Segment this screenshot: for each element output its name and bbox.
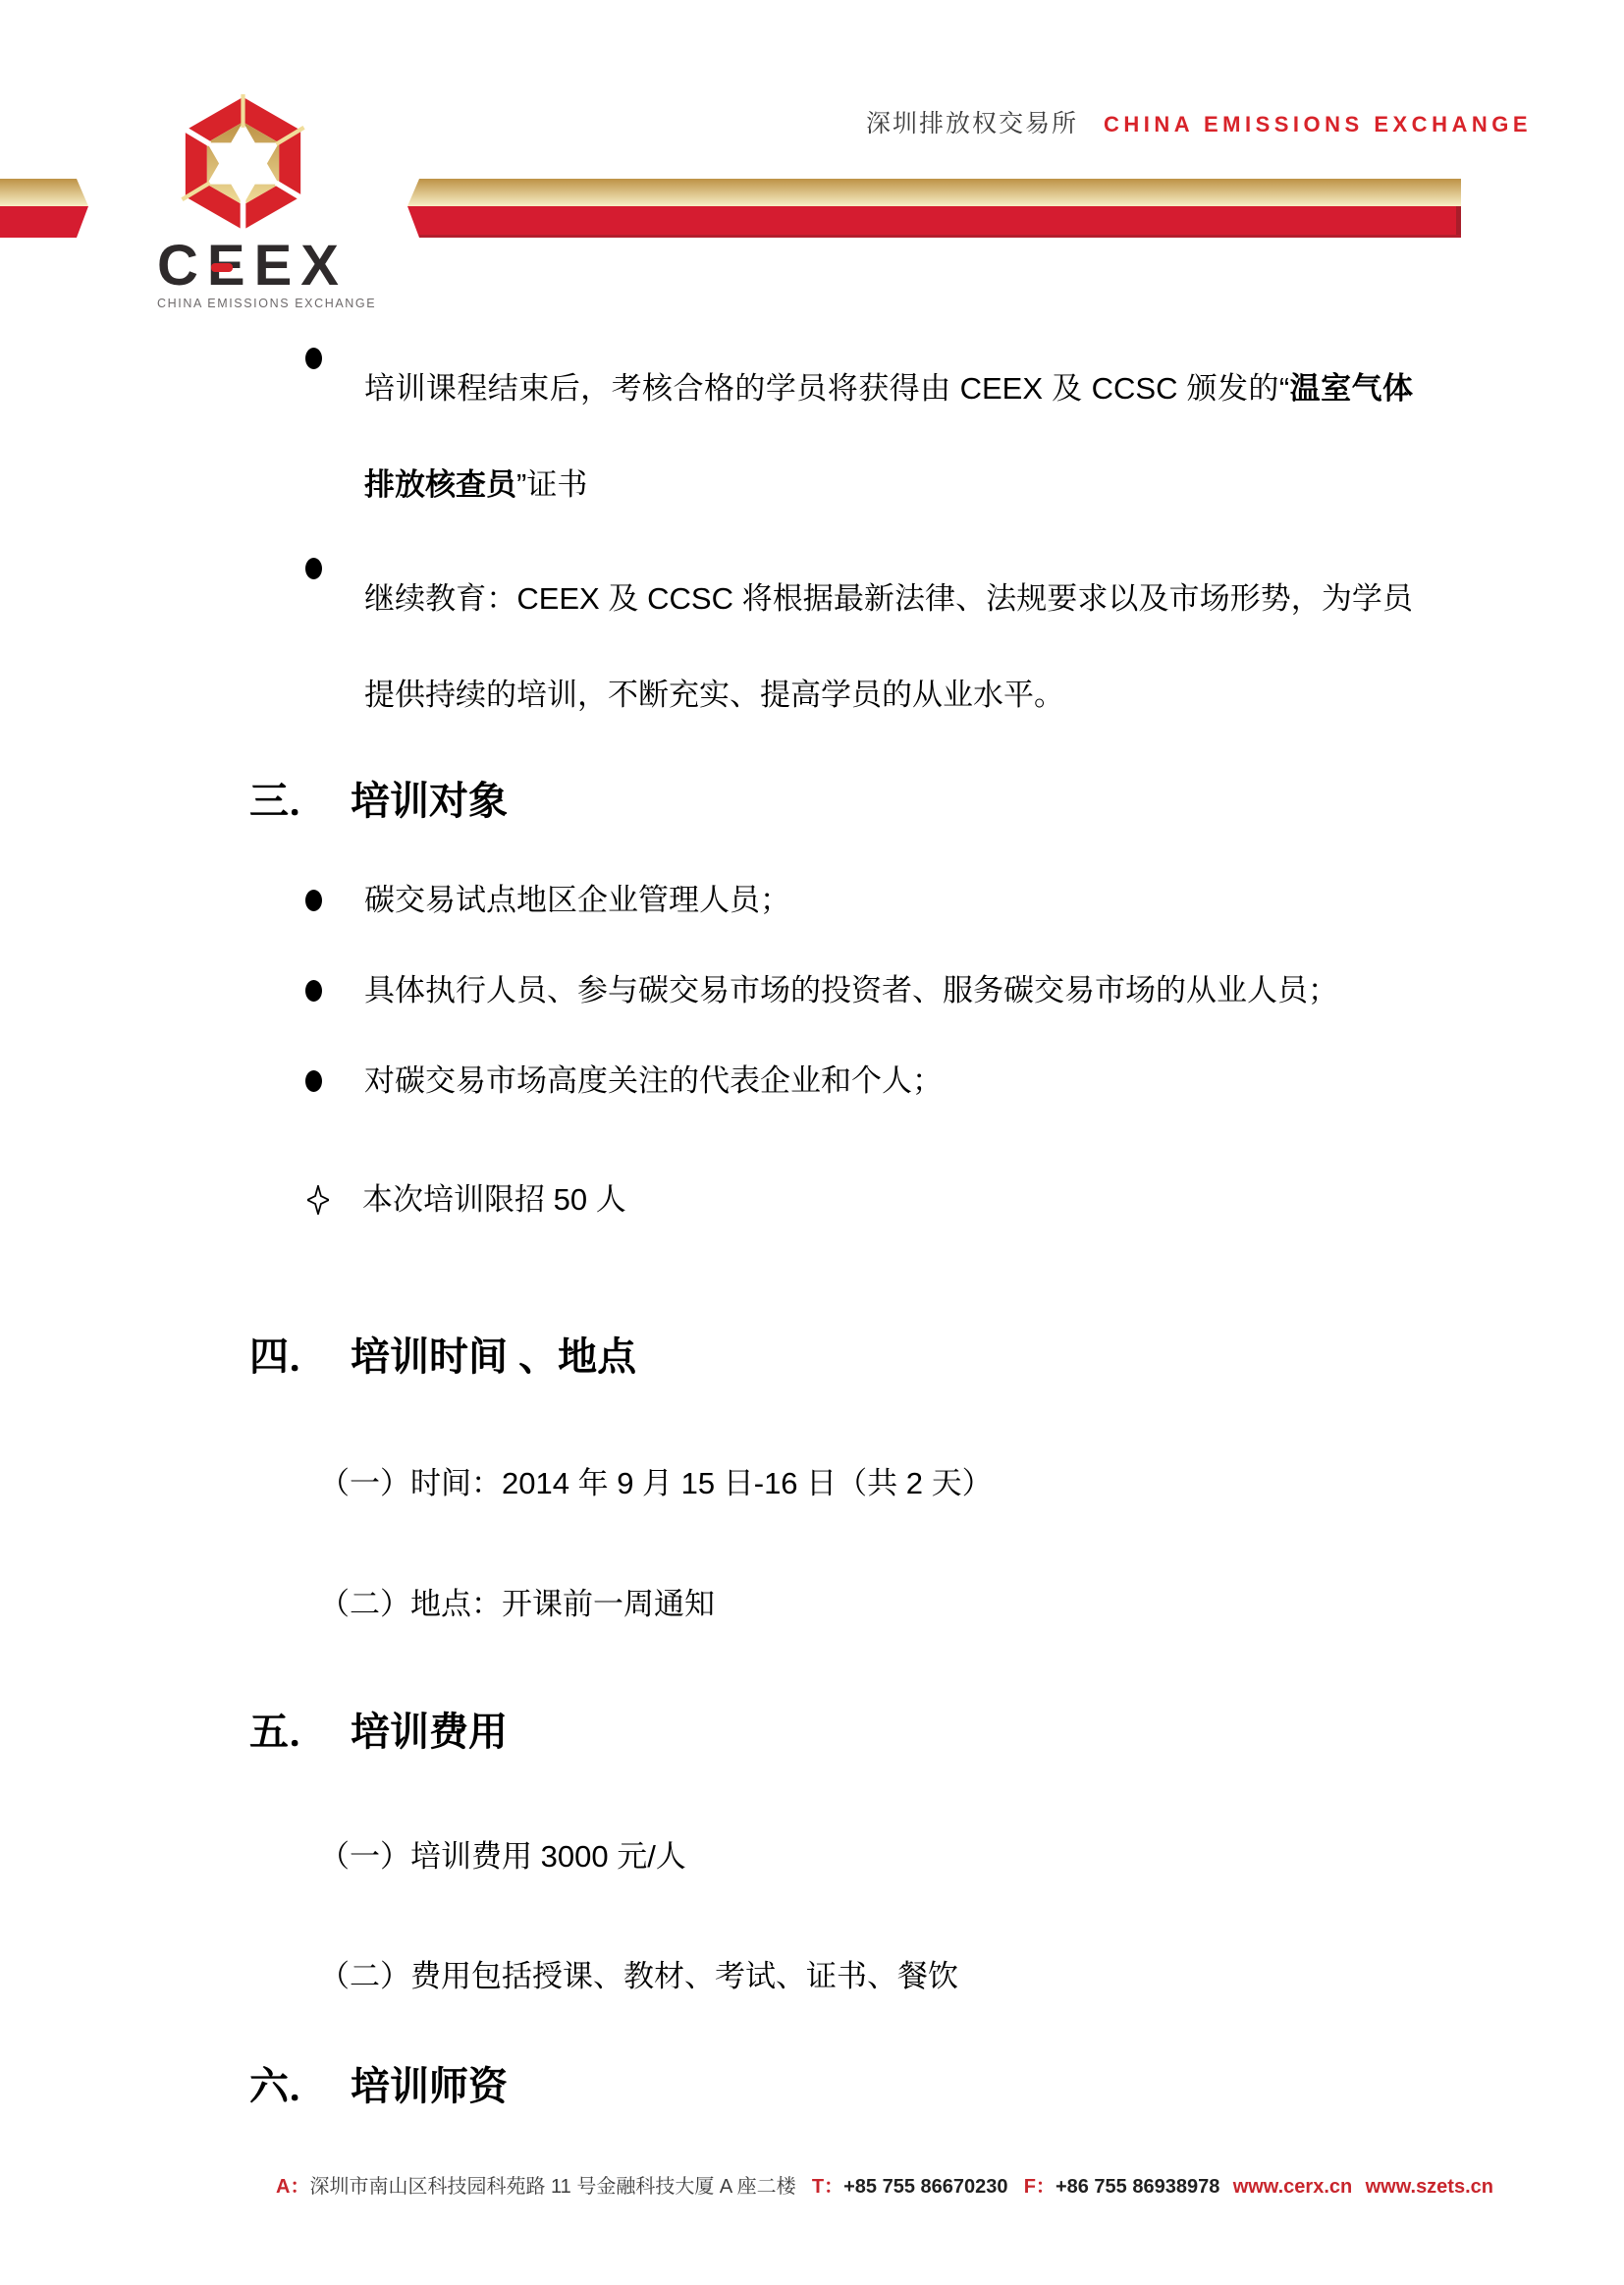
page-footer: A：深圳市南山区科技园科苑路 11 号金融科技大厦 A 座二楼 T：+85 75… — [276, 2172, 1493, 2202]
section-number: 四． — [249, 1330, 351, 1385]
intro-bullet-text: 培训课程结束后，考核合格的学员将获得由 CEEX 及 CCSC 颁发的“ — [364, 371, 1289, 406]
fax-number: +86 755 86938978 — [1056, 2172, 1219, 2202]
section-title: 培训对象 — [351, 774, 508, 829]
bullet-icon — [305, 980, 322, 1002]
website-link-cerx[interactable]: www.cerx.cn — [1233, 2172, 1353, 2202]
logo-tagline: CHINA EMISSIONS EXCHANGE — [157, 297, 344, 310]
list-item-text: 具体执行人员、参与碳交易市场的投资者、服务碳交易市场的从业人员； — [364, 946, 1338, 1036]
bullet-icon — [305, 558, 322, 579]
section-title: 培训费用 — [351, 1705, 508, 1760]
address-label: A： — [276, 2172, 309, 2202]
list-item: 碳交易试点地区企业管理人员； — [305, 855, 1338, 946]
website-link-szets[interactable]: www.szets.cn — [1366, 2172, 1493, 2202]
note-text: 本次培训限招 50 人 — [362, 1178, 626, 1222]
section-title: 培训师资 — [351, 2059, 508, 2114]
section-title: 培训时间 、地点 — [351, 1330, 636, 1385]
section-number: 六． — [249, 2059, 351, 2114]
enrollment-limit-note: 本次培训限招 50 人 — [307, 1178, 626, 1222]
section-number: 三． — [249, 774, 351, 829]
logo-wordmark: CEEX — [157, 238, 334, 295]
section-heading-fees: 五． 培训费用 — [249, 1705, 508, 1760]
document-page: CEEX CHINA EMISSIONS EXCHANGE 深圳排放权交易所 C… — [0, 0, 1624, 2285]
fee-includes-paragraph: （二）费用包括授课、教材、考试、证书、餐饮 — [319, 1955, 958, 1998]
section-heading-time-location: 四． 培训时间 、地点 — [249, 1330, 636, 1385]
intro-bullet-continuing-education: 继续教育：CEEX 及 CCSC 将根据最新法律、法规要求以及市场形势，为学员提… — [364, 551, 1413, 743]
section-number: 五． — [249, 1705, 351, 1760]
fax-label: F： — [1024, 2172, 1056, 2202]
bullet-icon — [305, 890, 322, 911]
address-text: 深圳市南山区科技园科苑路 11 号金融科技大厦 A 座二楼 — [309, 2172, 795, 2202]
list-item: 对碳交易市场高度关注的代表企业和个人； — [305, 1036, 1338, 1126]
four-pointed-star-icon — [307, 1185, 329, 1215]
org-name-en: CHINA EMISSIONS EXCHANGE — [1104, 112, 1532, 137]
bullet-icon — [305, 1070, 322, 1092]
list-item: 具体执行人员、参与碳交易市场的投资者、服务碳交易市场的从业人员； — [305, 946, 1338, 1036]
intro-bullet-certificate: 培训课程结束后，考核合格的学员将获得由 CEEX 及 CCSC 颁发的“温室气体… — [364, 341, 1413, 533]
time-paragraph: （一）时间：2014 年 9 月 15 日-16 日（共 2 天） — [319, 1462, 993, 1505]
list-item-text: 对碳交易市场高度关注的代表企业和个人； — [364, 1036, 943, 1126]
section-heading-training-targets: 三． 培训对象 — [249, 774, 508, 829]
logo-red-dash — [211, 263, 233, 272]
training-targets-list: 碳交易试点地区企业管理人员； 具体执行人员、参与碳交易市场的投资者、服务碳交易市… — [305, 855, 1338, 1126]
header-org-line: 深圳排放权交易所 CHINA EMISSIONS EXCHANGE — [866, 104, 1416, 139]
list-item-text: 碳交易试点地区企业管理人员； — [364, 855, 790, 946]
location-paragraph: （二）地点：开课前一周通知 — [319, 1583, 715, 1626]
tel-label: T： — [812, 2172, 843, 2202]
section-heading-trainers: 六． 培训师资 — [249, 2059, 508, 2114]
fee-amount-paragraph: （一）培训费用 3000 元/人 — [319, 1835, 686, 1878]
header-banner-stripe — [0, 175, 1624, 240]
bullet-icon — [305, 348, 322, 369]
intro-bullet-text-post: ”证书 — [516, 467, 587, 502]
org-name-cn: 深圳排放权交易所 — [866, 104, 1078, 139]
tel-number: +85 755 86670230 — [843, 2172, 1007, 2202]
